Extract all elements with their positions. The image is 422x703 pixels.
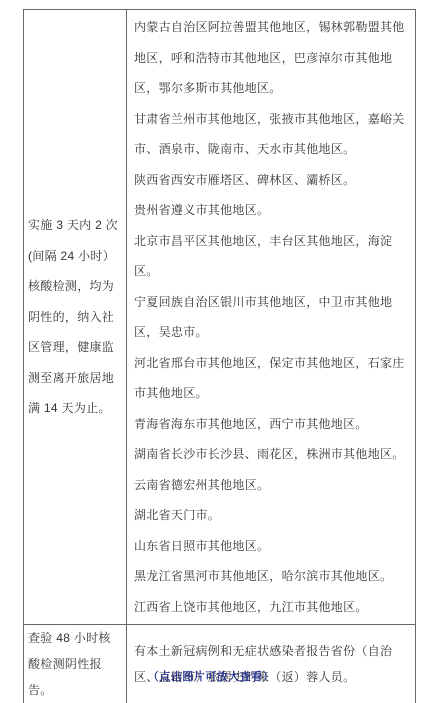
regions-cell-bottom: 有本土新冠病例和无症状感染者报告省份（自治区、直辖市）旅居史的来（返）蓉人员。: [127, 625, 416, 703]
region-paragraph: 青海省海东市其他地区，西宁市其他地区。: [134, 409, 408, 440]
region-paragraph: 江西省上饶市其他地区，九江市其他地区。: [134, 592, 408, 623]
region-paragraph: 内蒙古自治区阿拉善盟其他地区，锡林郭勒盟其他地区，呼和浩特市其他地区，巴彦淖尔市…: [134, 12, 408, 104]
zoom-hint-caption: （点击图片可放大查看）: [0, 668, 422, 684]
article-page: 实施 3 天内 2 次(间隔 24 小时）核酸检测，均为阴性的，纳入社区管理，健…: [0, 0, 422, 703]
policy-table: 实施 3 天内 2 次(间隔 24 小时）核酸检测，均为阴性的，纳入社区管理，健…: [23, 9, 416, 703]
regions-cell-main: 内蒙古自治区阿拉善盟其他地区，锡林郭勒盟其他地区，呼和浩特市其他地区，巴彦淖尔市…: [127, 10, 416, 625]
region-paragraph: 云南省德宏州其他地区。: [134, 470, 408, 501]
region-paragraph: 陕西省西安市雁塔区、碑林区、灞桥区。: [134, 165, 408, 196]
measure-cell-main: 实施 3 天内 2 次(间隔 24 小时）核酸检测，均为阴性的，纳入社区管理，健…: [24, 10, 127, 625]
table-row: 查验 48 小时核酸检测阴性报告。 有本土新冠病例和无症状感染者报告省份（自治区…: [24, 625, 416, 703]
table-row: 实施 3 天内 2 次(间隔 24 小时）核酸检测，均为阴性的，纳入社区管理，健…: [24, 10, 416, 625]
region-paragraph: 宁夏回族自治区银川市其他地区，中卫市其他地区，吴忠市。: [134, 287, 408, 348]
region-paragraph: 山东省日照市其他地区。: [134, 531, 408, 562]
measure-cell-bottom: 查验 48 小时核酸检测阴性报告。: [24, 625, 127, 703]
region-paragraph: 贵州省遵义市其他地区。: [134, 195, 408, 226]
region-paragraph: 河北省邢台市其他地区，保定市其他地区，石家庄市其他地区。: [134, 348, 408, 409]
policy-table-image[interactable]: 实施 3 天内 2 次(间隔 24 小时）核酸检测，均为阴性的，纳入社区管理，健…: [23, 9, 415, 703]
region-paragraph: 湖北省天门市。: [134, 500, 408, 531]
region-paragraph: 黑龙江省黑河市其他地区，哈尔滨市其他地区。: [134, 561, 408, 592]
region-paragraph: 湖南省长沙市长沙县、雨花区，株洲市其他地区。: [134, 439, 408, 470]
region-paragraph: 甘肃省兰州市其他地区，张掖市其他地区，嘉峪关市、酒泉市、陇南市、天水市其他地区。: [134, 104, 408, 165]
region-paragraph: 北京市昌平区其他地区，丰台区其他地区，海淀区。: [134, 226, 408, 287]
